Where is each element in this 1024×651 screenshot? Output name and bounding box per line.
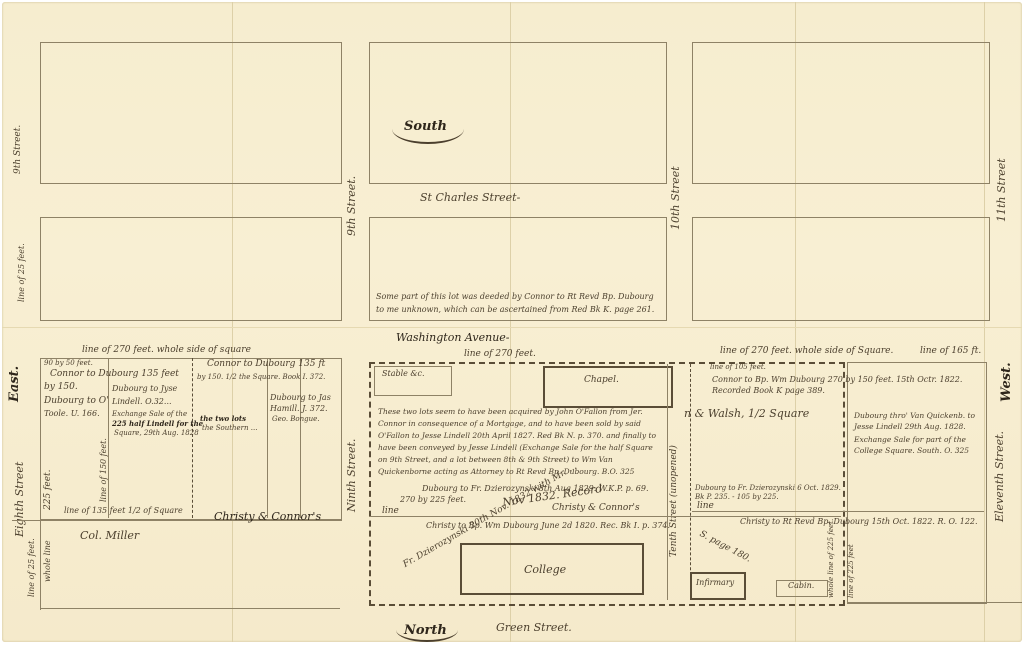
line-135-feet: line of 135 feet 1/2 of Square xyxy=(64,507,183,516)
size-note: 270 by 225 feet. xyxy=(400,496,466,505)
right-top-line: line of 270 feet. whole side of Square. xyxy=(720,347,893,357)
lot2-line4: 225 half Lindell for the xyxy=(112,420,203,428)
side-25-feet: line of 25 feet. xyxy=(28,538,37,597)
christy-connor-left: Christy & Connor's xyxy=(214,511,321,523)
south-flourish xyxy=(392,114,464,144)
christy-right-note: Christy to Rt Revd Bp. Dubourg 15th Oct.… xyxy=(740,518,978,527)
fold-line xyxy=(2,327,1022,328)
christy-connor-center: Christy & Connor's xyxy=(552,504,640,514)
north-flourish xyxy=(396,618,458,642)
exchange-sale-note: Exchange Sale for part of the College Sq… xyxy=(854,434,982,456)
center-top-line: line of 270 feet. xyxy=(464,350,536,360)
side-225-feet: 225 feet. xyxy=(44,470,54,511)
whole-line-225: whole line of 225 feet. xyxy=(828,519,836,598)
lot-deed-note: Some part of this lot was deeded by Conn… xyxy=(376,290,660,316)
compass-west: West. xyxy=(1000,362,1014,402)
dzier-right-note: Dubourg to Fr. Dzierozynski 6 Oct. 1829.… xyxy=(695,484,843,502)
lot-divider xyxy=(192,358,194,518)
lot2-line5: Square, 29th Aug. 1828 xyxy=(114,430,199,438)
right-top-line-165: line of 165 ft. xyxy=(920,347,981,357)
lot4-line2: Hamill. J. 372. xyxy=(270,405,328,414)
lot-divider xyxy=(300,358,301,518)
block-right-row2 xyxy=(692,217,990,321)
chapel-box xyxy=(543,366,673,408)
infirmary-label: Infirmary xyxy=(696,579,734,588)
whole-line-left: whole line xyxy=(44,540,53,582)
block-upper-right xyxy=(692,42,990,184)
lot1-line2: by 150. xyxy=(44,383,78,393)
college-label: College xyxy=(524,564,566,576)
street-eighth: Eighth Street xyxy=(14,462,26,537)
street-9th-mid: 9th Street. xyxy=(346,176,358,236)
side-150-feet: line of 150 feet. xyxy=(100,438,109,502)
street-st-charles: St Charles Street- xyxy=(420,192,520,204)
lot3-line2: by 150. 1/2 the Square. Book I. 372. xyxy=(197,374,325,382)
acquisition-note: These two lots seem to have been acquire… xyxy=(378,406,662,478)
stable-label: Stable &c. xyxy=(382,370,425,379)
block-left-row2 xyxy=(40,217,342,321)
street-9th-left: 9th Street. xyxy=(14,125,24,174)
chapel-label: Chapel. xyxy=(584,376,619,386)
connor-dubourg-note: Connor to Bp. Wm Dubourg 270 by 150 feet… xyxy=(712,374,982,396)
block-upper-left xyxy=(40,42,342,184)
lot2-line2: Lindell. O.32... xyxy=(112,398,172,407)
dubourg-lindell-note: Dubourg thro' Van Quickenb. to Jesse Lin… xyxy=(854,410,982,432)
block-left-lower xyxy=(40,358,342,520)
lot-edge xyxy=(40,520,41,610)
lot-divider xyxy=(667,364,668,600)
line-label-right: line xyxy=(697,502,714,512)
lot-divider xyxy=(690,364,692,600)
lot4-line1: Dubourg to Jas xyxy=(270,394,331,403)
block-right-lower xyxy=(847,362,987,604)
line-105-feet: line of 105 feet. xyxy=(710,364,766,372)
bottom-edge-line xyxy=(847,602,1022,603)
lot-edge xyxy=(40,608,340,609)
street-eleventh-bottom: Eleventh Street. xyxy=(994,431,1006,522)
lot1-line4: Toole. U. 166. xyxy=(44,410,100,419)
street-ninth-bottom: Ninth Street. xyxy=(346,439,358,512)
col-miller: Col. Miller xyxy=(80,530,139,542)
lot-divider xyxy=(267,358,268,518)
lot2-line1: Dubourg to Jyse xyxy=(112,385,177,394)
left-top-line: line of 270 feet. whole side of square xyxy=(82,346,251,356)
lot4-line3: Geo. Bongue. xyxy=(272,416,320,424)
street-11th: 11th Street xyxy=(996,158,1008,222)
line-label: line xyxy=(382,507,399,517)
cabin-label: Cabin. xyxy=(788,582,814,591)
line-225-feet: line of 225 feet xyxy=(848,544,856,598)
lot3-line4: the Southern ... xyxy=(202,425,257,433)
paper-sheet: South North East. West. St Charles Stree… xyxy=(2,2,1022,642)
block-upper-center xyxy=(369,42,667,184)
christy-line-right xyxy=(692,511,984,512)
street-washington: Washington Avenue- xyxy=(396,332,510,344)
lot2-line3: Exchange Sale of the xyxy=(112,411,187,419)
lot1-header: 90 by 50 feet. xyxy=(44,360,93,368)
compass-east: East. xyxy=(8,366,22,402)
lot3-line3: the two lots xyxy=(200,415,246,423)
street-10th: 10th Street xyxy=(670,166,682,230)
walsh-note: n & Walsh, 1/2 Square xyxy=(684,408,809,420)
lot3-line1: Connor to Dubourg 135 ft xyxy=(207,360,325,370)
lot1-line1: Connor to Dubourg 135 feet xyxy=(50,370,179,380)
lot1-line3: Dubourg to O' xyxy=(44,397,109,407)
street-green: Green Street. xyxy=(496,622,572,634)
line-25-feet-note: line of 25 feet. xyxy=(18,243,27,302)
